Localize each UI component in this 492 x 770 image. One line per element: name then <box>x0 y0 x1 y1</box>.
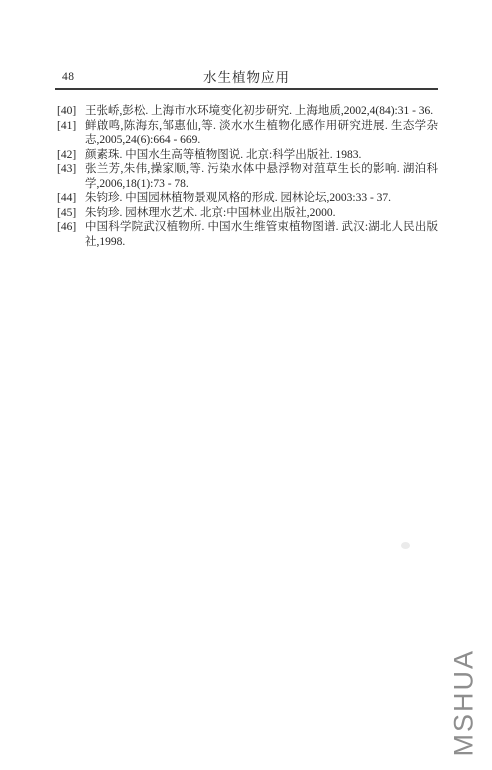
reference-text: 张兰芳,朱伟,操家顺,等. 污染水体中悬浮物对菹草生长的影响. 湖泊科学,200… <box>85 163 438 190</box>
reference-text: 朱钧珍. 中国园林植物景观风格的形成. 园林论坛,2003:33 - 37. <box>85 192 391 204</box>
reference-label: [44] <box>57 191 76 206</box>
reference-label: [43] <box>57 162 76 177</box>
page-header-title: 水生植物应用 <box>55 70 438 85</box>
reference-label: [46] <box>57 220 76 235</box>
reference-item: [46] 中国科学院武汉植物所. 中国水生维管束植物图谱. 武汉:湖北人民出版社… <box>57 220 438 249</box>
reference-label: [40] <box>57 104 76 119</box>
reference-text: 中国科学院武汉植物所. 中国水生维管束植物图谱. 武汉:湖北人民出版社,1998… <box>85 221 438 248</box>
reference-item: [44] 朱钧珍. 中国园林植物景观风格的形成. 园林论坛,2003:33 - … <box>57 191 438 206</box>
reference-item: [40] 王张峤,彭松. 上海市水环境变化初步研究. 上海地质,2002,4(8… <box>57 104 438 119</box>
scanned-book-page: 48 水生植物应用 [40] 王张峤,彭松. 上海市水环境变化初步研究. 上海地… <box>0 0 492 770</box>
reference-item: [41] 鲜啟鸣,陈海东,邹惠仙,等. 淡水水生植物化感作用研究进展. 生态学杂… <box>57 119 438 148</box>
reference-label: [41] <box>57 119 76 134</box>
reference-text: 朱钧珍. 园林理水艺术. 北京:中国林业出版社,2000. <box>85 207 335 219</box>
watermark-text: MSHUA <box>449 657 480 757</box>
reference-text: 鲜啟鸣,陈海东,邹惠仙,等. 淡水水生植物化感作用研究进展. 生态学杂志,200… <box>85 120 438 147</box>
references-list: [40] 王张峤,彭松. 上海市水环境变化初步研究. 上海地质,2002,4(8… <box>57 104 438 249</box>
reference-label: [45] <box>57 206 76 221</box>
scan-artifact-dot <box>401 542 410 549</box>
reference-item: [45] 朱钧珍. 园林理水艺术. 北京:中国林业出版社,2000. <box>57 206 438 221</box>
reference-item: [42] 颜素珠. 中国水生高等植物图说. 北京:科学出版社. 1983. <box>57 148 438 163</box>
reference-text: 王张峤,彭松. 上海市水环境变化初步研究. 上海地质,2002,4(84):31… <box>85 105 433 117</box>
reference-label: [42] <box>57 148 76 163</box>
reference-item: [43] 张兰芳,朱伟,操家顺,等. 污染水体中悬浮物对菹草生长的影响. 湖泊科… <box>57 162 438 191</box>
header-rule <box>55 88 438 90</box>
reference-text: 颜素珠. 中国水生高等植物图说. 北京:科学出版社. 1983. <box>85 149 361 161</box>
